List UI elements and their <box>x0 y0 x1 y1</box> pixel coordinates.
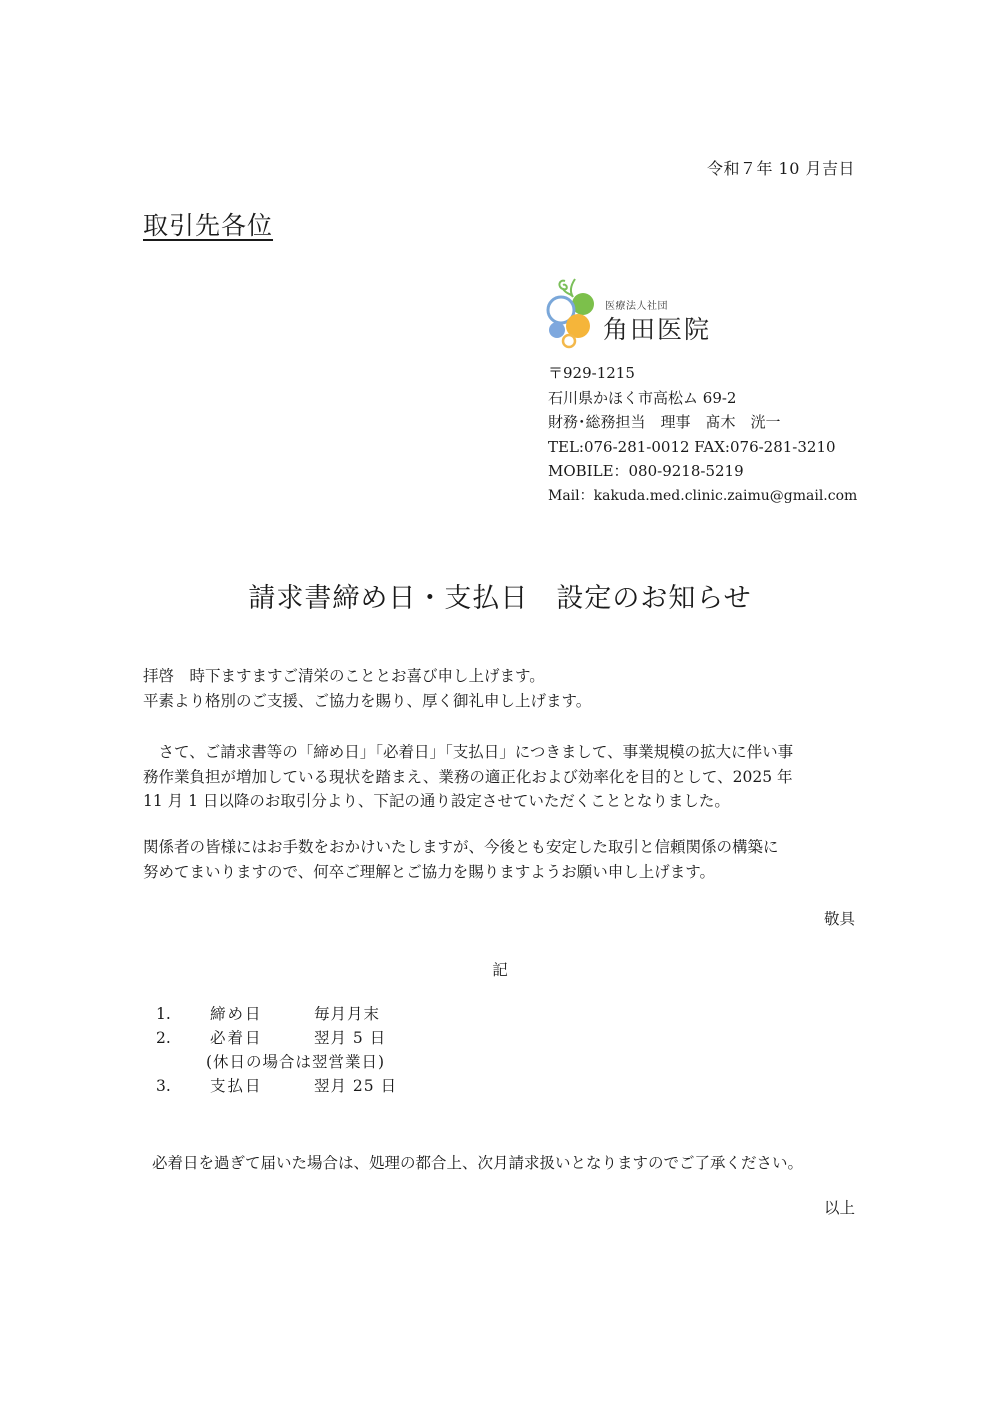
item-label: 必着日 <box>210 1026 263 1050</box>
request-paragraph: 関係者の皆様にはお手数をおかけいたしますが、今後とも安定した取引と信頼関係の構築… <box>143 835 779 884</box>
document-date: 令和７年 10 月吉日 <box>707 156 855 179</box>
item-number: 1. <box>156 1002 171 1026</box>
closing-ijou: 以上 <box>824 1196 855 1218</box>
mobile: MOBILE：080-9218-5219 <box>548 459 857 484</box>
postal-code: 〒929-1215 <box>548 361 857 386</box>
item-value: 翌月 25 日 <box>314 1074 397 1098</box>
late-notice: 必着日を過ぎて届いた場合は、処理の都合上、次月請求扱いとなりますのでご了承くださ… <box>152 1151 803 1173</box>
closing-keigu: 敬具 <box>824 907 855 929</box>
item-number: 2. <box>156 1026 171 1050</box>
contact-person: 財務･総務担当 理事 髙木 洸一 <box>548 410 857 435</box>
tel-fax: TEL:076-281-0012 FAX:076-281-3210 <box>548 435 857 460</box>
item-label: 支払日 <box>210 1074 263 1098</box>
body-line: 平素より格別のご支援、ご協力を賜り、厚く御礼申し上げます。 <box>143 689 591 714</box>
sender-contact: 〒929-1215 石川県かほく市高松ム 69-2 財務･総務担当 理事 髙木 … <box>548 361 857 508</box>
body-line: 拝啓 時下ますますご清栄のこととお喜び申し上げます。 <box>143 664 591 689</box>
document-title: 請求書締め日・支払日 設定のお知らせ <box>0 576 1000 615</box>
item-label: 締め日 <box>210 1002 263 1026</box>
address: 石川県かほく市高松ム 69-2 <box>548 386 857 411</box>
logo-name: 角田医院 <box>603 310 711 346</box>
body-line: 努めてまいりますので、何卒ご理解とご協力を賜りますようお願い申し上げます。 <box>143 860 779 885</box>
item-note: (休日の場合は翌営業日) <box>206 1050 385 1074</box>
body-line: 務作業負担が増加している現状を踏まえ、業務の適正化および効率化を目的として、20… <box>143 765 793 790</box>
body-line: 11 月 1 日以降のお取引分より、下記の通り設定させていただくこととなりました… <box>143 789 793 814</box>
body-line: 関係者の皆様にはお手数をおかけいたしますが、今後とも安定した取引と信頼関係の構築… <box>143 835 779 860</box>
addressee: 取引先各位 <box>143 206 273 242</box>
body-line: さて、ご請求書等の「締め日」「必着日」「支払日」につきまして、事業規模の拡大に伴… <box>143 740 793 765</box>
details-heading: 記 <box>0 958 1000 980</box>
clinic-logo: 医療法人社団 角田医院 <box>543 277 733 347</box>
email: Mail：kakuda.med.clinic.zaimu@gmail.com <box>548 484 857 509</box>
main-paragraph: さて、ご請求書等の「締め日」「必着日」「支払日」につきまして、事業規模の拡大に伴… <box>143 740 793 814</box>
grape-logo-icon <box>543 277 603 349</box>
item-value: 翌月 5 日 <box>314 1026 386 1050</box>
item-value: 毎月月末 <box>314 1002 380 1026</box>
greeting-paragraph: 拝啓 時下ますますご清栄のこととお喜び申し上げます。 平素より格別のご支援、ご協… <box>143 664 591 713</box>
item-number: 3. <box>156 1074 171 1098</box>
